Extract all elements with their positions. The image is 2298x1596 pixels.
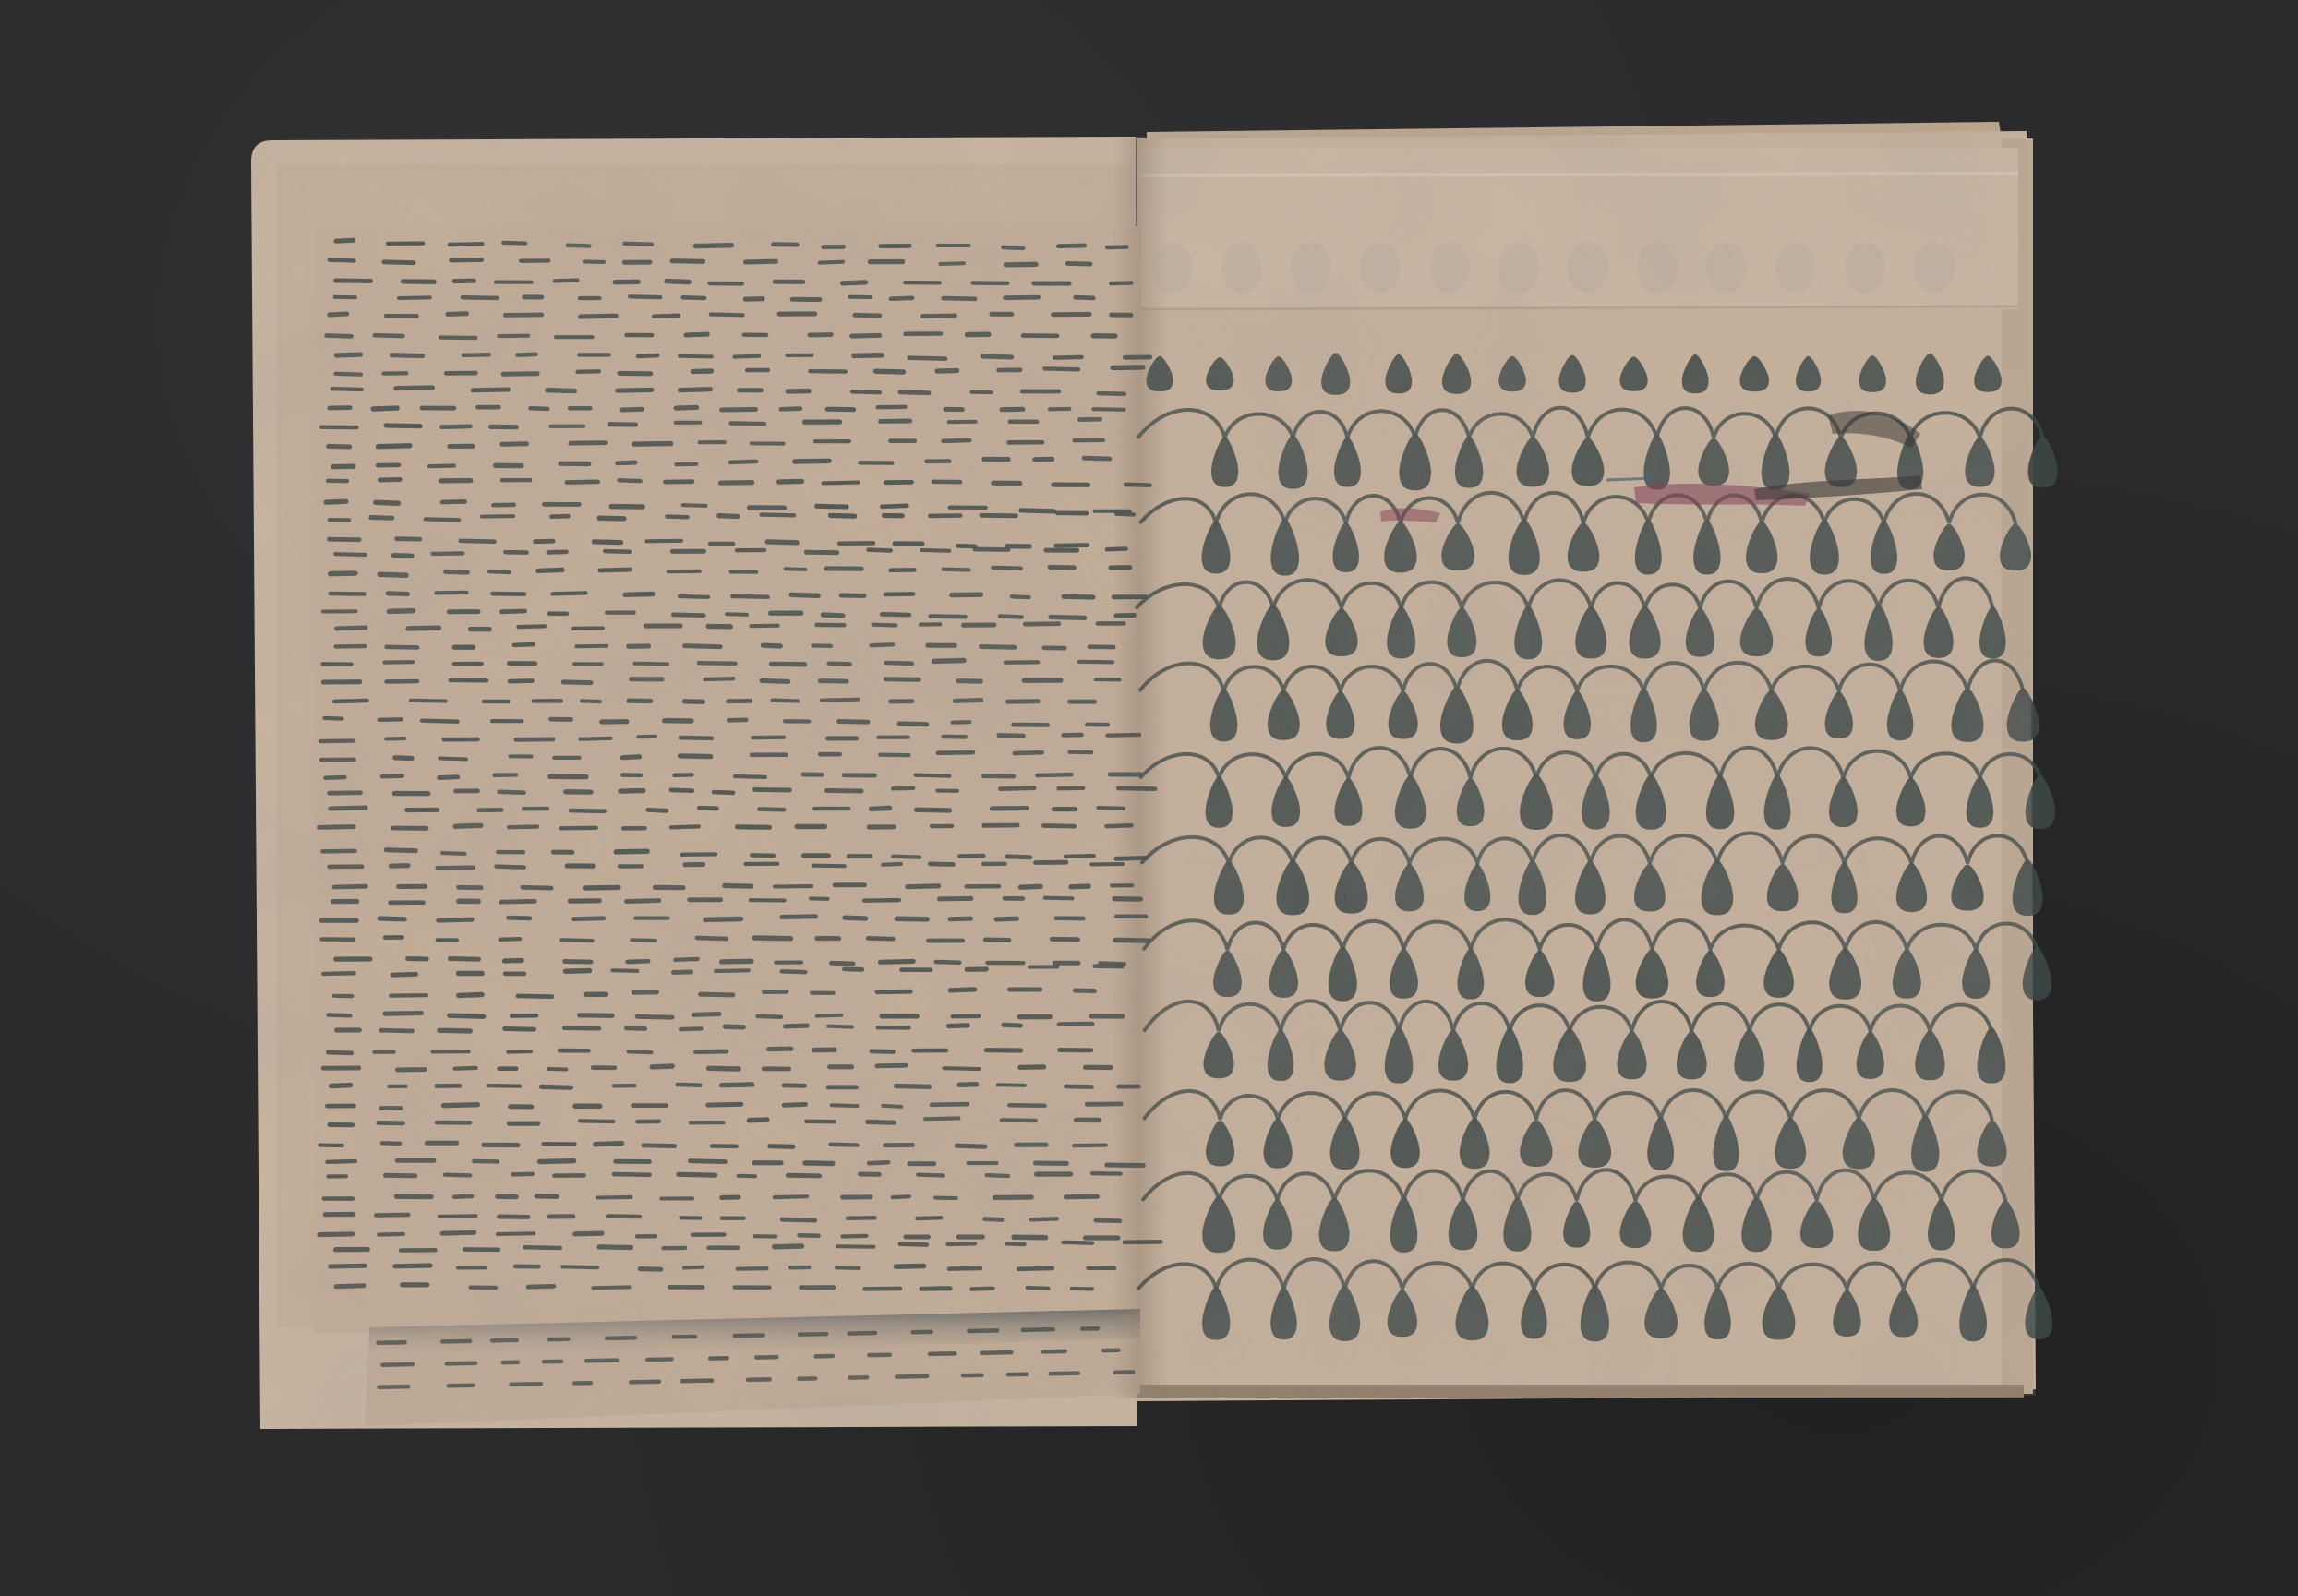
booklet-illustration [0,0,2298,1596]
paper-texture-overlay [251,129,2038,1431]
booklet-scene: Open handmade booklet with hand-drawn in… [0,0,2298,1596]
